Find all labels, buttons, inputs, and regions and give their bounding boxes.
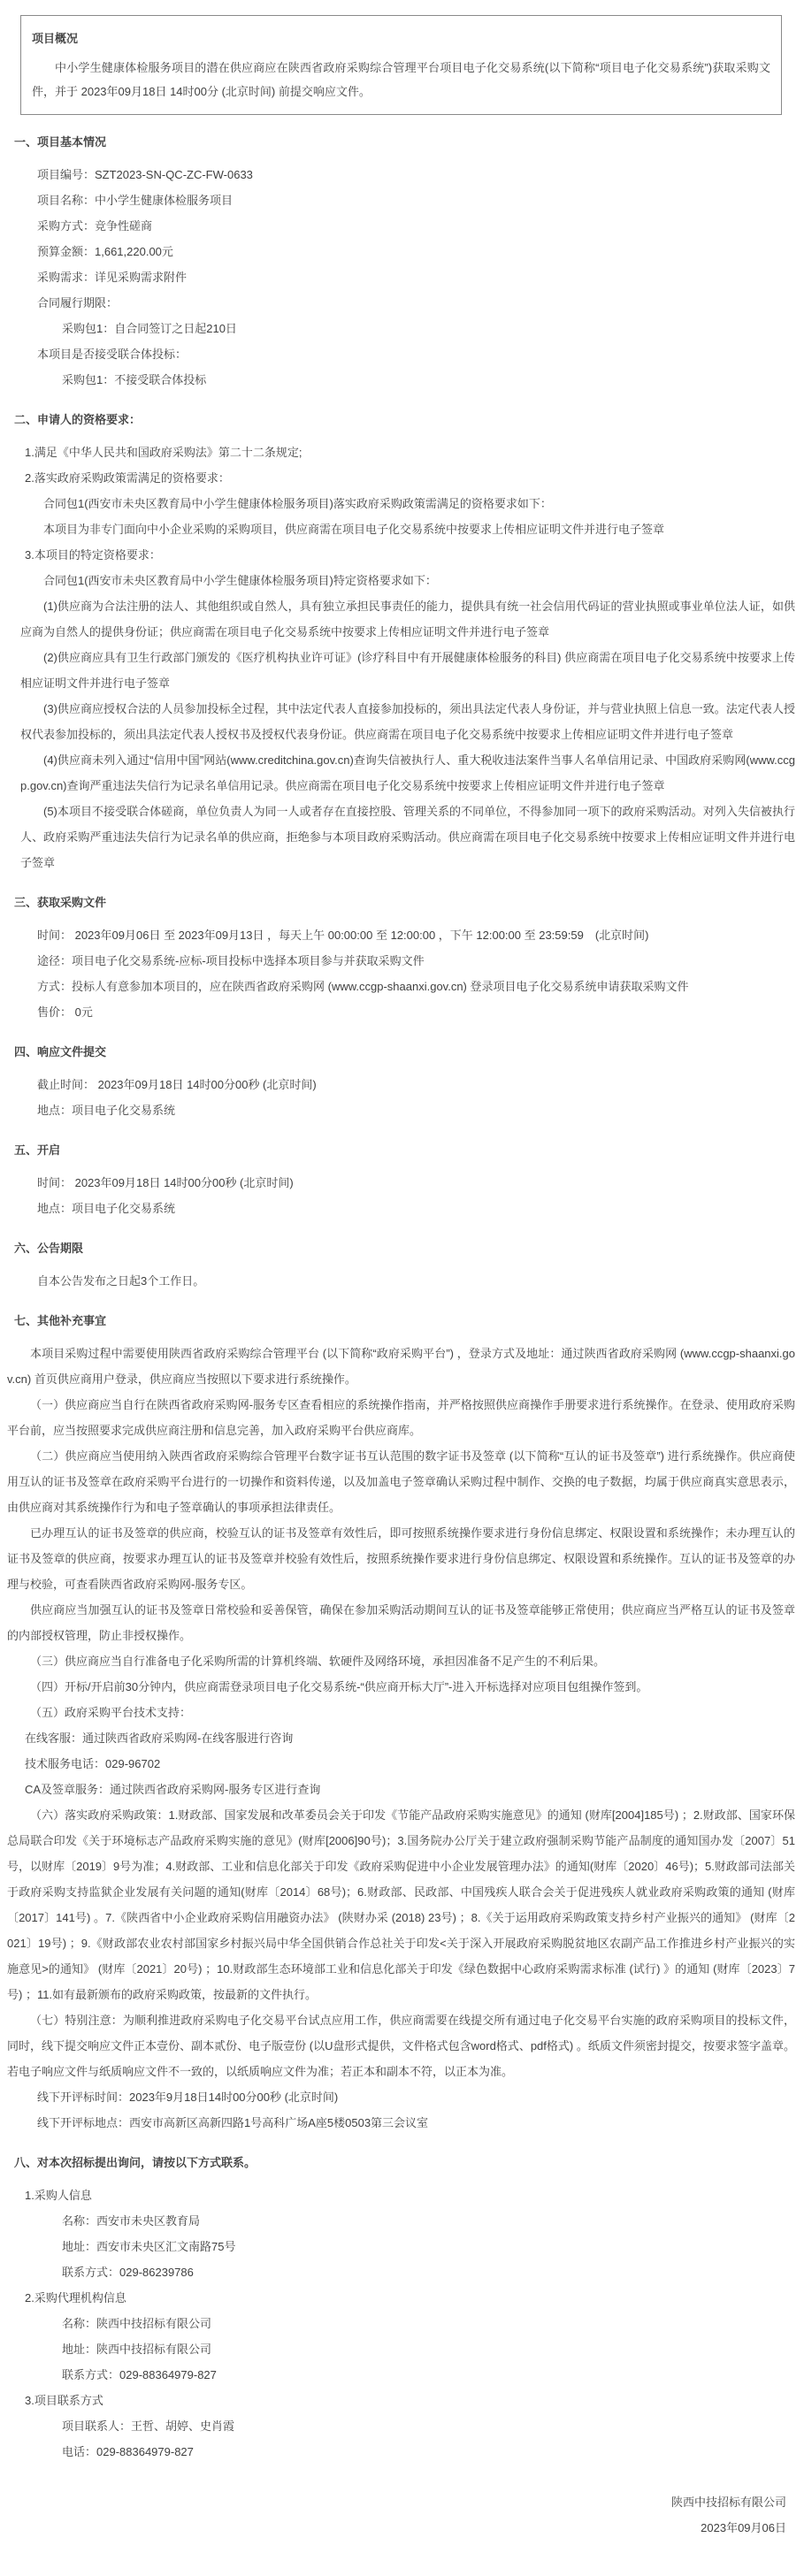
section-1-paragraph-7: 采购包1：自合同签订之日起210日 [62, 316, 795, 341]
section-7-paragraph-4: 已办理互认的证书及签章的供应商，校验互认的证书及签章有效性后，即可按照系统操作要… [7, 1520, 795, 1597]
section-1-paragraph-8: 本项目是否接受联合体投标： [37, 341, 795, 367]
section-2-paragraph-9: (3)供应商应授权合法的人员参加投标全过程，其中法定代表人直接参加投标的，须出具… [20, 696, 795, 747]
section-1-paragraph-5: 采购需求：详见采购需求附件 [37, 264, 795, 290]
sections-container: 一、项目基本情况项目编号：SZT2023-SN-QC-ZC-FW-0633项目名… [7, 129, 795, 2465]
section-1-paragraph-2: 项目名称：中小学生健康体检服务项目 [37, 187, 795, 213]
section-8-paragraph-2: 名称：西安市未央区教育局 [62, 2208, 795, 2234]
section-7-paragraph-2: （一）供应商应当自行在陕西省政府采购网-服务专区查看相应的系统操作指南，并严格按… [7, 1392, 795, 1443]
section-3-paragraph-3: 方式：投标人有意参加本项目的，应在陕西省政府采购网 (www.ccgp-shaa… [37, 974, 795, 999]
section-7-paragraph-15: 线下开评标地点：西安市高新区高新四路1号高科广场A座5楼0503第三会议室 [37, 2110, 795, 2136]
section-7-paragraph-5: 供应商应当加强互认的证书及签章日常校验和妥善保管，确保在参加采购活动期间互认的证… [7, 1597, 795, 1648]
footer: 陕西中技招标有限公司 2023年09月06日 [7, 2489, 795, 2541]
footer-agency-name: 陕西中技招标有限公司 [7, 2489, 786, 2515]
section-8-paragraph-1: 1.采购人信息 [25, 2182, 795, 2208]
section-8-paragraph-3: 地址：西安市未央区汇文南路75号 [62, 2234, 795, 2259]
section-2-paragraph-10: (4)供应商未列入通过“信用中国”网站(www.creditchina.gov.… [20, 747, 795, 799]
section-7-paragraph-12: （六）落实政府采购政策：1.财政部、国家发展和改革委员会关于印发《节能产品政府采… [7, 1802, 795, 2007]
section-2-paragraph-1: 1.满足《中华人民共和国政府采购法》第二十二条规定; [25, 440, 795, 465]
section-3-heading: 三、获取采购文件 [14, 890, 795, 915]
section-2-paragraph-7: (1)供应商为合法注册的法人、其他组织或自然人，具有独立承担民事责任的能力，提供… [20, 593, 795, 645]
section-7-paragraph-9: 在线客服：通过陕西省政府采购网-在线客服进行咨询 [25, 1725, 795, 1751]
section-7-paragraph-8: （五）政府采购平台技术支持： [7, 1700, 795, 1725]
section-8-paragraph-4: 联系方式：029-86239786 [62, 2259, 795, 2285]
section-8-heading: 八、对本次招标提出询问，请按以下方式联系。 [14, 2150, 795, 2175]
section-8-paragraph-5: 2.采购代理机构信息 [25, 2285, 795, 2311]
section-8-paragraph-11: 电话：029-88364979-827 [62, 2439, 795, 2465]
section-8-paragraph-8: 联系方式：029-88364979-827 [62, 2362, 795, 2388]
section-2-paragraph-5: 3.本项目的特定资格要求： [25, 542, 795, 568]
overview-title: 项目概况 [32, 27, 770, 50]
section-1-paragraph-9: 采购包1：不接受联合体投标 [62, 367, 795, 393]
section-5-paragraph-2: 地点：项目电子化交易系统 [37, 1196, 795, 1221]
section-7-paragraph-1: 本项目采购过程中需要使用陕西省政府采购综合管理平台 (以下简称“政府采购平台”)… [7, 1341, 795, 1392]
section-3-paragraph-2: 途径：项目电子化交易系统-应标-项目投标中选择本项目参与并获取采购文件 [37, 948, 795, 974]
section-8-paragraph-6: 名称：陕西中技招标有限公司 [62, 2311, 795, 2336]
section-7-paragraph-14: 线下开评标时间：2023年9月18日14时00分00秒 (北京时间) [37, 2084, 795, 2110]
section-2-paragraph-8: (2)供应商应具有卫生行政部门颁发的《医疗机构执业许可证》(诊疗科目中有开展健康… [20, 645, 795, 696]
section-4-heading: 四、响应文件提交 [14, 1039, 795, 1065]
section-4-paragraph-2: 地点：项目电子化交易系统 [37, 1097, 795, 1123]
section-7-heading: 七、其他补充事宜 [14, 1308, 795, 1334]
section-2-paragraph-2: 2.落实政府采购政策需满足的资格要求： [25, 465, 795, 491]
section-7-paragraph-13: （七）特别注意：为顺利推进政府采购电子化交易平台试点应用工作，供应商需要在线提交… [7, 2007, 795, 2084]
section-1-paragraph-4: 预算金额：1,661,220.00元 [37, 239, 795, 264]
section-4-paragraph-1: 截止时间： 2023年09月18日 14时00分00秒 (北京时间) [37, 1072, 795, 1097]
procurement-announcement-document: 项目概况 中小学生健康体检服务项目的潜在供应商应在陕西省政府采购综合管理平台项目… [0, 0, 804, 2576]
section-7-paragraph-6: （三）供应商应当自行准备电子化采购所需的计算机终端、软硬件及网络环境，承担因准备… [7, 1648, 795, 1674]
section-2-heading: 二、申请人的资格要求： [14, 407, 795, 432]
section-2-paragraph-4: 本项目为非专门面向中小企业采购的采购项目，供应商需在项目电子化交易系统中按要求上… [20, 516, 795, 542]
section-7-paragraph-3: （二）供应商应当使用纳入陕西省政府采购综合管理平台数字证书互认范围的数字证书及签… [7, 1443, 795, 1520]
section-6-paragraph-1: 自本公告发布之日起3个工作日。 [37, 1268, 795, 1294]
section-1-paragraph-3: 采购方式：竞争性磋商 [37, 213, 795, 239]
section-8-paragraph-9: 3.项目联系方式 [25, 2388, 795, 2413]
section-3-paragraph-1: 时间： 2023年09月06日 至 2023年09月13日 ，每天上午 00:0… [37, 922, 795, 948]
section-2-paragraph-3: 合同包1(西安市未央区教育局中小学生健康体检服务项目)落实政府采购政策需满足的资… [20, 491, 795, 516]
section-2-paragraph-6: 合同包1(西安市未央区教育局中小学生健康体检服务项目)特定资格要求如下： [20, 568, 795, 593]
overview-paragraph: 中小学生健康体检服务项目的潜在供应商应在陕西省政府采购综合管理平台项目电子化交易… [32, 56, 770, 103]
section-7-paragraph-11: CA及签章服务：通过陕西省政府采购网-服务专区进行查询 [25, 1777, 795, 1802]
section-1-paragraph-6: 合同履行期限： [37, 290, 795, 316]
section-8-paragraph-10: 项目联系人：王哲、胡婷、史肖霞 [62, 2413, 795, 2439]
section-2-paragraph-11: (5)本项目不接受联合体磋商，单位负责人为同一人或者存在直接控股、管理关系的不同… [20, 799, 795, 875]
section-5-paragraph-1: 时间： 2023年09月18日 14时00分00秒 (北京时间) [37, 1170, 795, 1196]
section-7-paragraph-7: （四）开标/开启前30分钟内，供应商需登录项目电子化交易系统-“供应商开标大厅”… [7, 1674, 795, 1700]
section-6-heading: 六、公告期限 [14, 1235, 795, 1261]
section-1-heading: 一、项目基本情况 [14, 129, 795, 155]
footer-publish-date: 2023年09月06日 [7, 2515, 786, 2541]
project-overview-box: 项目概况 中小学生健康体检服务项目的潜在供应商应在陕西省政府采购综合管理平台项目… [20, 15, 782, 115]
section-5-heading: 五、开启 [14, 1137, 795, 1163]
section-3-paragraph-4: 售价： 0元 [37, 999, 795, 1025]
section-7-paragraph-10: 技术服务电话：029-96702 [25, 1751, 795, 1777]
section-8-paragraph-7: 地址：陕西中技招标有限公司 [62, 2336, 795, 2362]
section-1-paragraph-1: 项目编号：SZT2023-SN-QC-ZC-FW-0633 [37, 162, 795, 187]
